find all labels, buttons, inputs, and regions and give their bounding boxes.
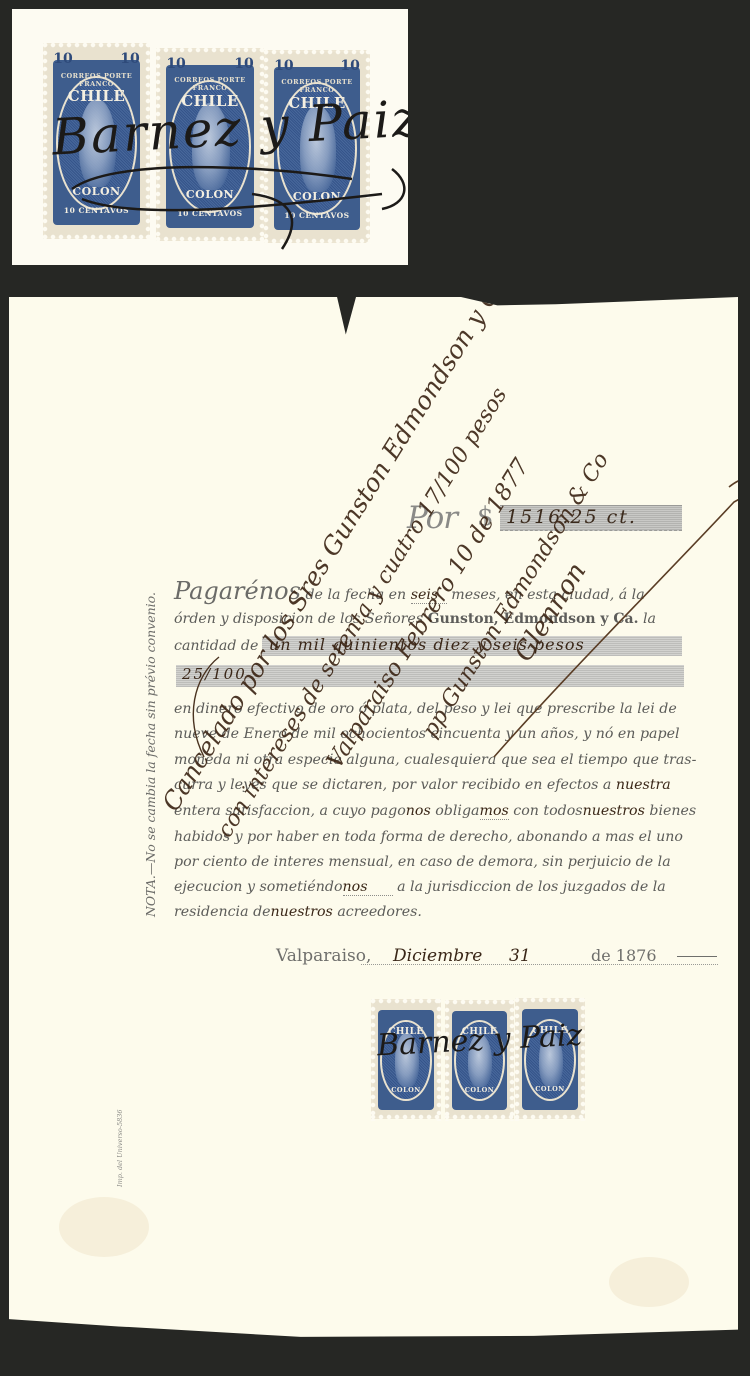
stamp-country: CHILE (45, 87, 148, 105)
place-label: Valparaiso, (276, 946, 371, 966)
stamp-country: CHILE (266, 94, 368, 112)
stamp-legend: CORREOS PORTE FRANCO (266, 78, 368, 94)
body-line-13: residencia denuestros acreedores. (174, 904, 422, 920)
signature-flourish (52, 149, 408, 259)
stamp-value-left: 10 (274, 58, 293, 74)
body-line-11: por ciento de interes mensual, en caso d… (174, 854, 671, 870)
body-line-10: habidos y por haber en toda forma de der… (174, 829, 683, 845)
stamp-country: CHILE (158, 92, 262, 110)
year-label: de 1876 (591, 946, 657, 965)
doc-stamp-1: CHILE COLON (373, 1001, 439, 1117)
printer-imprint: Imp. del Universo-5836 (116, 1109, 124, 1187)
stamp-value-left: 10 (166, 56, 185, 72)
stamp-legend: CORREOS PORTE FRANCO (158, 76, 262, 92)
annotation-flourish (164, 457, 750, 777)
day-field: 31 (509, 946, 531, 966)
promissory-note-document: Por $ 1516.25 ct. Pagarénos de la fecha … (9, 297, 738, 1340)
doc-stamp-2: CHILE COLON (447, 1002, 512, 1117)
side-note: NOTA.—No se cambia la fecha sin prévio c… (143, 592, 158, 917)
month-field: Diciembre (393, 946, 482, 966)
stamp-value-right: 10 (234, 56, 253, 72)
stamp-value-right: 10 (340, 58, 359, 74)
body-line-12: ejecucion y sometiéndonos a la jurisdicc… (174, 879, 666, 896)
stamp-detail-panel: 10 10 CORREOS PORTE FRANCO CHILE COLON 1… (12, 9, 408, 265)
doc-stamp-3: CHILE COLON (517, 1000, 583, 1117)
stamp-value-right: 10 (120, 51, 139, 67)
stamp-value-left: 10 (53, 51, 72, 67)
stamp-legend: CORREOS PORTE FRANCO (45, 72, 148, 88)
